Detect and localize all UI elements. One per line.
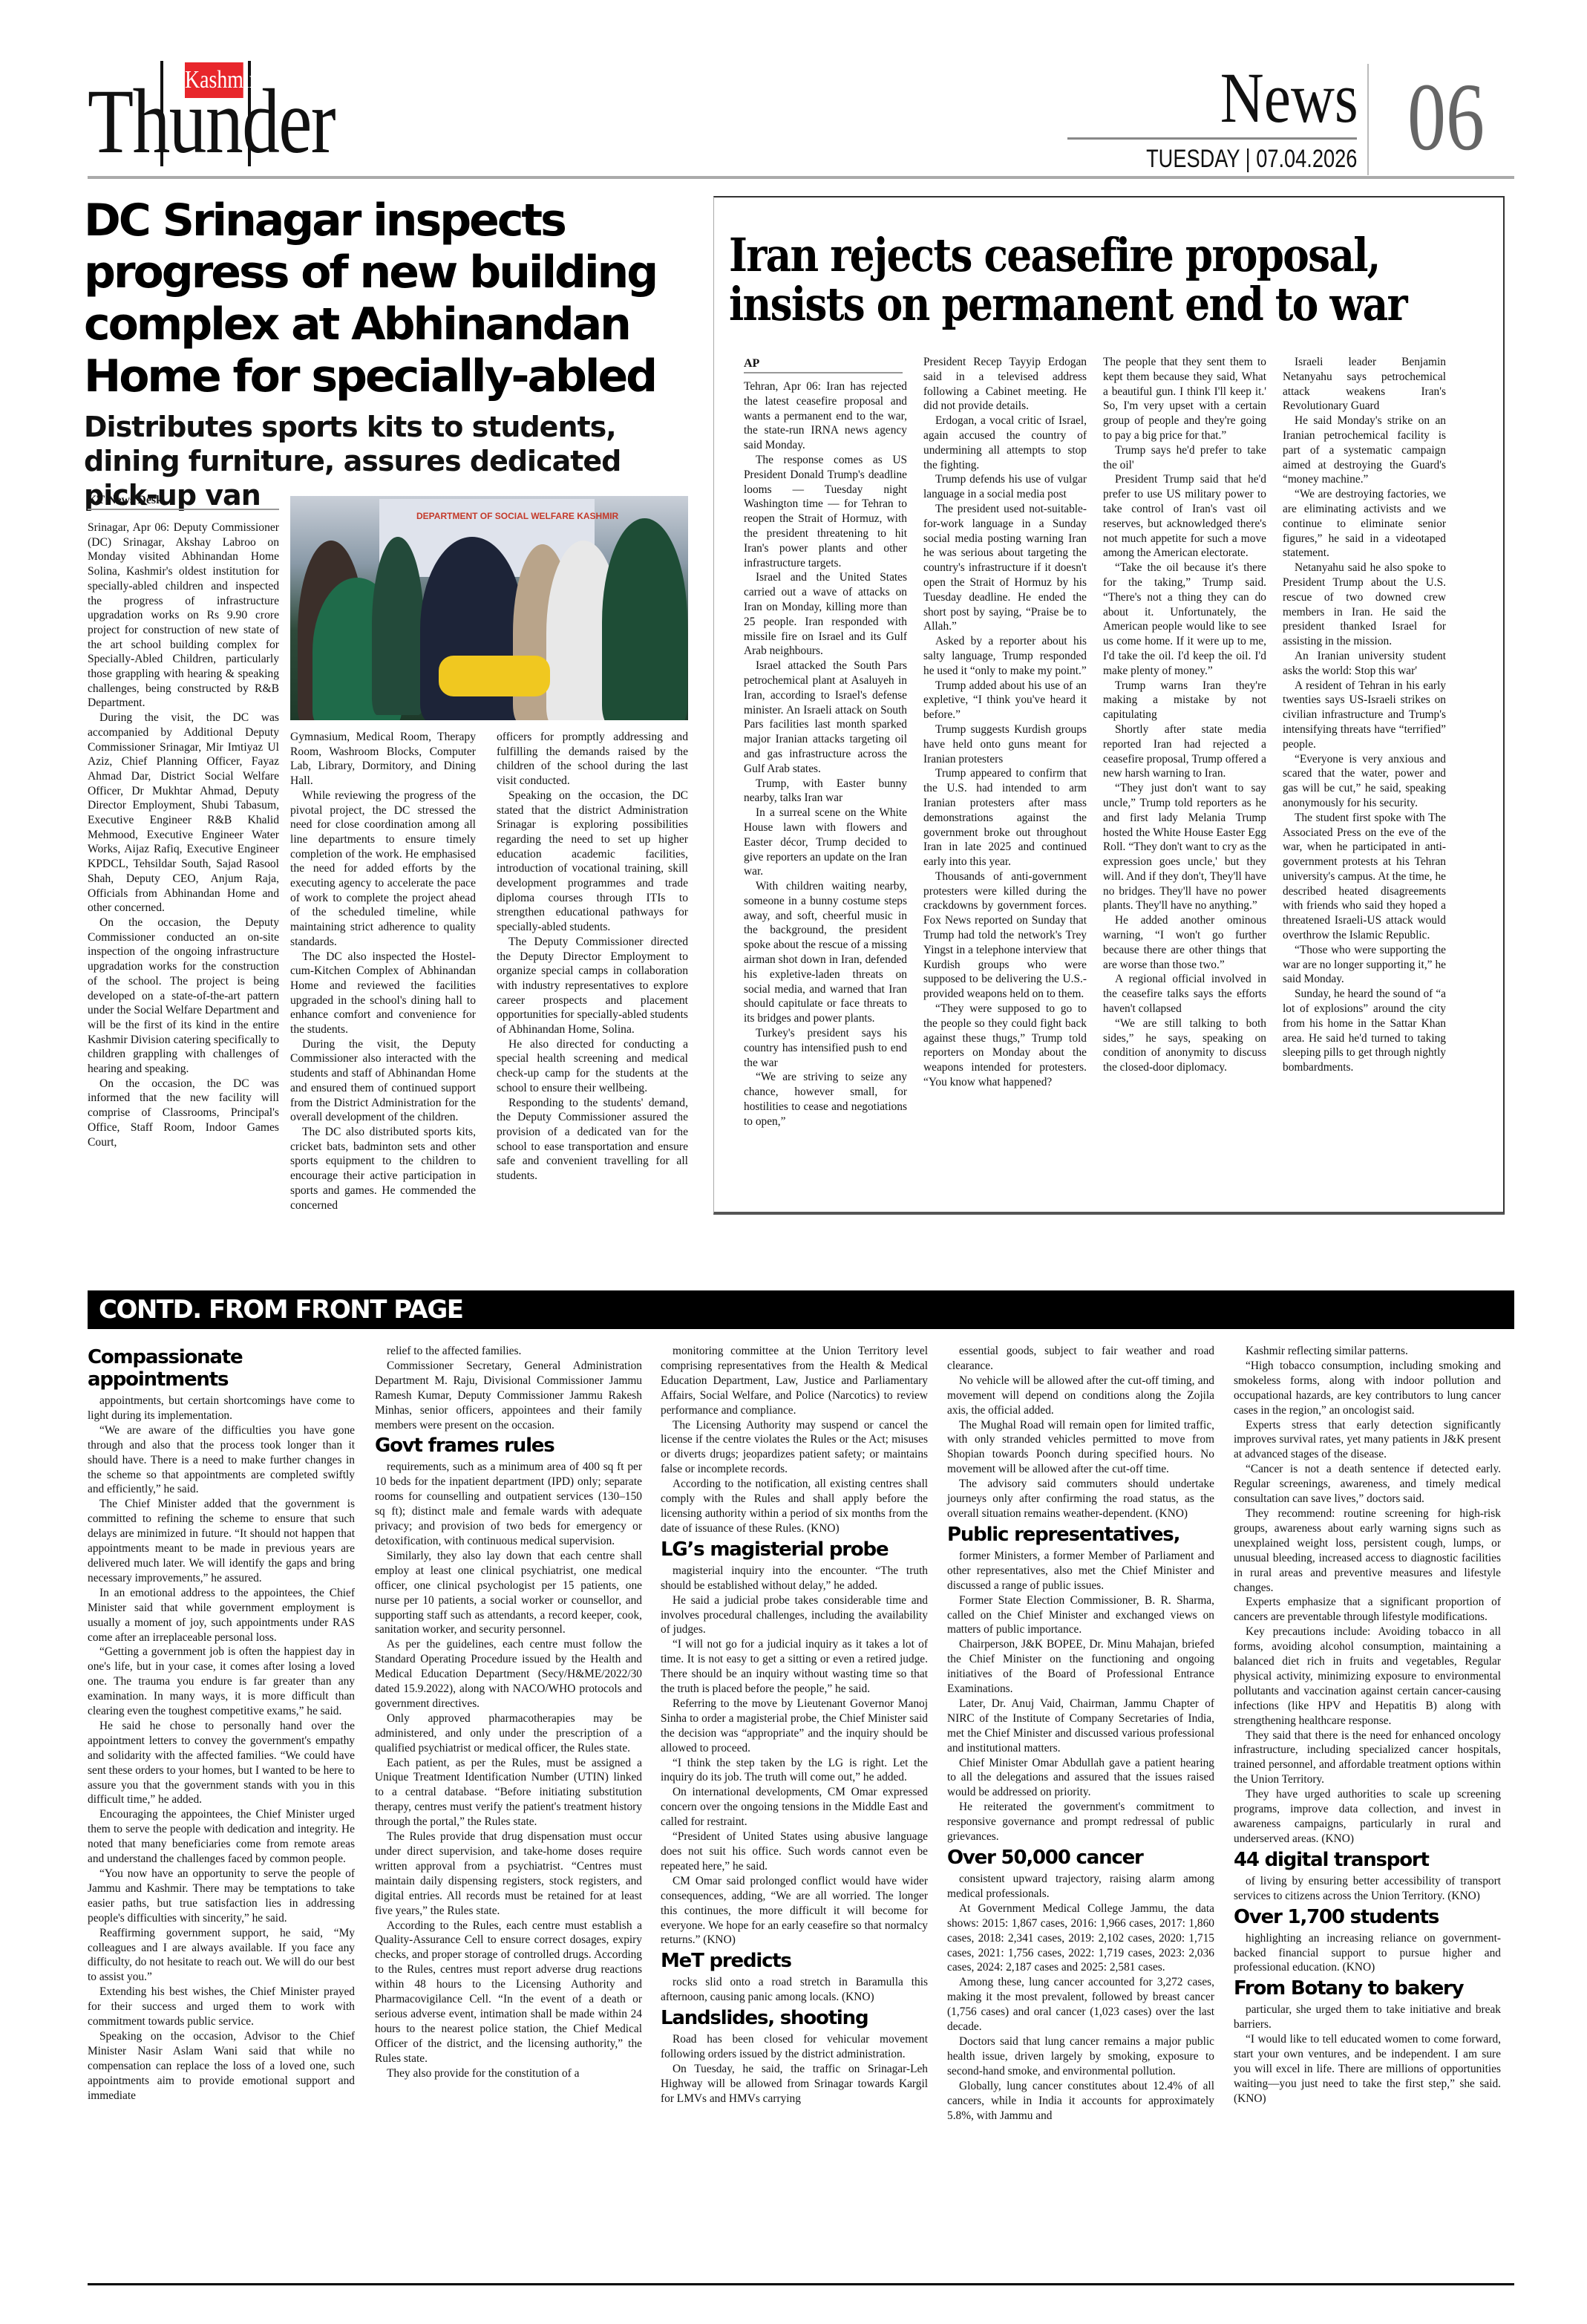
paragraph: Srinagar, Apr 06: Deputy Commissioner (D… (88, 520, 279, 711)
paragraph: In a surreal scene on the White House la… (744, 806, 907, 879)
story-column-2: Gymnasium, Medical Room, Therapy Room, W… (290, 730, 476, 1212)
contd-story-heading: Landslides, shooting (661, 2007, 928, 2029)
story-byline: KT News Desk (88, 494, 279, 510)
paragraph: “Cancer is not a death sentence if detec… (1234, 1462, 1501, 1507)
paragraph: Trump says he'd prefer to take the oil' (1103, 443, 1266, 473)
paragraph: Among these, lung cancer accounted for 3… (947, 1975, 1214, 2034)
paragraph: “I think the step taken by the LG is rig… (661, 1756, 928, 1786)
paragraph: A regional official involved in the ceas… (1103, 972, 1266, 1016)
paragraph: officers for promptly addressing and ful… (497, 730, 688, 789)
header-rule (88, 176, 1514, 179)
paragraph: Chief Minister Omar Abdullah gave a pati… (947, 1756, 1214, 1801)
paragraph: rocks slid onto a road stretch in Baramu… (661, 1975, 928, 2005)
logo-wordmark: Thunder (88, 77, 335, 166)
paragraph: Trump appeared to confirm that the U.S. … (923, 766, 1087, 869)
paragraph: Thousands of anti-government protesters … (923, 869, 1087, 1002)
contd-story-body: rocks slid onto a road stretch in Baramu… (661, 1975, 928, 2005)
paragraph: He said he chose to personally hand over… (88, 1719, 355, 1807)
paragraph: He also directed for conducting a specia… (497, 1037, 688, 1096)
paragraph: With children waiting nearby, someone in… (744, 879, 907, 1026)
story-photo: DEPARTMENT OF SOCIAL WELFARE KASHMIR (290, 496, 688, 720)
paragraph: According to the Rules, each centre must… (375, 1919, 642, 2066)
contd-story-heading: 44 digital transport (1234, 1849, 1501, 1871)
paragraph: During the visit, the DC was accompanied… (88, 711, 279, 915)
contd-story-body: highlighting an increasing reliance on g… (1234, 1931, 1501, 1976)
story-column-1: Srinagar, Apr 06: Deputy Commissioner (D… (88, 520, 279, 1149)
contd-column-5: Kashmir reflecting similar patterns.“Hig… (1234, 1344, 1501, 2106)
paragraph: Former State Election Commissioner, B. R… (947, 1593, 1214, 1638)
paragraph: magisterial inquiry into the encounter. … (661, 1564, 928, 1593)
contd-column-1: Compassionate appointmentsappointments, … (88, 1344, 355, 2103)
paragraph: “We are still talking to both sides,” he… (1103, 1016, 1266, 1075)
contd-story-heading: Compassionate appointments (88, 1346, 355, 1391)
contd-story-body: former Ministers, a former Member of Par… (947, 1549, 1214, 1844)
paragraph: CM Omar said prolonged conflict would ha… (661, 1874, 928, 1948)
paragraph: Israeli leader Benjamin Netanyahu says p… (1283, 355, 1446, 414)
photo-person (602, 518, 687, 720)
paragraph: appointments, but certain shortcomings h… (88, 1394, 355, 1423)
contd-story-heading: Govt frames rules (375, 1434, 642, 1457)
paragraph: highlighting an increasing reliance on g… (1234, 1931, 1501, 1976)
contd-story-body: appointments, but certain shortcomings h… (88, 1394, 355, 2103)
story-iran-ceasefire: Iran rejects ceasefire proposal, insists… (713, 196, 1505, 1215)
paragraph: Sunday, he heard the sound of “a lot of … (1283, 987, 1446, 1075)
paragraph: On the occasion, the DC was informed tha… (88, 1077, 279, 1150)
paragraph: “I would like to tell educated women to … (1234, 2032, 1501, 2106)
paragraph: “Everyone is very anxious and scared tha… (1283, 752, 1446, 811)
paragraph: Kashmir reflecting similar patterns. (1234, 1344, 1501, 1359)
paragraph: The Rules provide that drug dispensation… (375, 1830, 642, 1918)
contd-story-heading: LG’s magisterial probe (661, 1538, 928, 1561)
paragraph: “Those who were supporting the war are n… (1283, 943, 1446, 987)
paragraph: The student first spoke with The Associa… (1283, 811, 1446, 943)
paragraph: Shortly after state media reported Iran … (1103, 722, 1266, 781)
paragraph: Speaking on the occasion, Advisor to the… (88, 2029, 355, 2103)
paragraph: The response comes as US President Donal… (744, 453, 907, 570)
paragraph: former Ministers, a former Member of Par… (947, 1549, 1214, 1593)
contd-story-heading: Over 50,000 cancer (947, 1847, 1214, 1869)
story-column-3: officers for promptly addressing and ful… (497, 730, 688, 1184)
paragraph: Doctors said that lung cancer remains a … (947, 2034, 1214, 2079)
paragraph: While reviewing the progress of the pivo… (290, 789, 476, 950)
iran-column-2: President Recep Tayyip Erdogan said in a… (923, 355, 1087, 1090)
paragraph: They have urged authorities to scale up … (1234, 1787, 1501, 1847)
paragraph: On the occasion, the Deputy Commissioner… (88, 915, 279, 1077)
paragraph: A resident of Tehran in his early twenti… (1283, 679, 1446, 752)
story-headline: DC Srinagar inspects progress of new bui… (84, 195, 693, 402)
paragraph: During the visit, the Deputy Commissione… (290, 1037, 476, 1125)
paragraph: of living by ensuring better accessibili… (1234, 1874, 1501, 1904)
paragraph: The Chief Minister added that the govern… (88, 1497, 355, 1585)
photo-person (372, 537, 424, 715)
contd-story-body: particular, she urged them to take initi… (1234, 2003, 1501, 2106)
paragraph: Israel and the United States carried out… (744, 570, 907, 659)
paragraph: Responding to the students' demand, the … (497, 1096, 688, 1184)
contd-column-4: essential goods, subject to fair weather… (947, 1344, 1214, 2123)
contd-section-bar: CONTD. FROM FRONT PAGE (88, 1290, 1514, 1329)
paragraph: Turkey's president says his country has … (744, 1026, 907, 1070)
paragraph: particular, she urged them to take initi… (1234, 2003, 1501, 2032)
paragraph: Key precautions include: Avoiding tobacc… (1234, 1625, 1501, 1728)
paragraph: The people that they sent them to kept t… (1103, 355, 1266, 443)
paragraph: Trump warns Iran they're making a mistak… (1103, 679, 1266, 722)
paragraph: Speaking on the occasion, the DC stated … (497, 789, 688, 935)
paragraph: Netanyahu said he also spoke to Presiden… (1283, 561, 1446, 649)
paragraph: Only approved pharmacotherapies may be a… (375, 1711, 642, 1756)
paragraph: They also provide for the constitution o… (375, 2066, 642, 2081)
headline-line-2: insists on permanent end to war (729, 277, 1407, 331)
masthead: Kashmir Thunder News TUESDAY | 07.04.202… (88, 59, 1514, 178)
paragraph: According to the notification, all exist… (661, 1477, 928, 1536)
contd-story-body: essential goods, subject to fair weather… (947, 1344, 1214, 1521)
paragraph: Encouraging the appointees, the Chief Mi… (88, 1807, 355, 1867)
paragraph: No vehicle will be allowed after the cut… (947, 1374, 1214, 1418)
paragraph: Referring to the move by Lieutenant Gove… (661, 1697, 928, 1756)
paragraph: Erdogan, a vocal critic of Israel, again… (923, 414, 1087, 472)
paragraph: Israel attacked the South Pars petrochem… (744, 659, 907, 776)
paragraph: “We are aware of the difficulties you ha… (88, 1423, 355, 1498)
contd-section-label: CONTD. FROM FRONT PAGE (99, 1295, 463, 1325)
contd-column-3: monitoring committee at the Union Territ… (661, 1344, 928, 2106)
paragraph: Experts stress that early detection sign… (1234, 1418, 1501, 1463)
paragraph: They recommend: routine screening for hi… (1234, 1507, 1501, 1595)
page-number: 06 (1407, 68, 1485, 166)
iran-column-4: Israeli leader Benjamin Netanyahu says p… (1283, 355, 1446, 1075)
issue-date: TUESDAY | 07.04.2026 (1146, 144, 1357, 174)
paragraph: “We are striving to seize any chance, ho… (744, 1070, 907, 1129)
contd-story-body: Kashmir reflecting similar patterns.“Hig… (1234, 1344, 1501, 1847)
paragraph: At Government Medical College Jammu, the… (947, 1902, 1214, 1976)
paragraph: Chairperson, J&K BOPEE, Dr. Minu Mahajan… (947, 1637, 1214, 1697)
contd-story-body: of living by ensuring better accessibili… (1234, 1874, 1501, 1904)
paragraph: An Iranian university student asks the w… (1283, 649, 1446, 679)
iran-column-1: Tehran, Apr 06: Iran has rejected the la… (744, 379, 907, 1129)
paragraph: “I will not go for a judicial inquiry as… (661, 1637, 928, 1697)
contd-column-2: relief to the affected families.Commissi… (375, 1344, 642, 2081)
paragraph: “They were supposed to go to the people … (923, 1002, 1087, 1090)
paragraph: Reaffirming government support, he said,… (88, 1926, 355, 1985)
paragraph: The Mughal Road will remain open for lim… (947, 1418, 1214, 1478)
paragraph: Globally, lung cancer constitutes about … (947, 2079, 1214, 2124)
iran-headline: Iran rejects ceasefire proposal, insists… (729, 231, 1407, 329)
paragraph: On Tuesday, he said, the traffic on Srin… (661, 2062, 928, 2106)
paragraph: He reiterated the government's commitmen… (947, 1800, 1214, 1844)
masthead-rule (1067, 137, 1357, 140)
paragraph: They said that there is the need for enh… (1234, 1729, 1501, 1788)
page-number-divider (1367, 64, 1369, 175)
paragraph: The Deputy Commissioner directed the Dep… (497, 935, 688, 1037)
paragraph: Tehran, Apr 06: Iran has rejected the la… (744, 379, 907, 453)
paragraph: “You now have an opportunity to serve th… (88, 1867, 355, 1926)
paragraph: The advisory said commuters should under… (947, 1477, 1214, 1521)
contd-story-heading: MeT predicts (661, 1950, 928, 1972)
paragraph: The Licensing Authority may suspend or c… (661, 1418, 928, 1478)
paragraph: requirements, such as a minimum area of … (375, 1460, 642, 1548)
contd-story-body: Road has been closed for vehicular movem… (661, 2032, 928, 2106)
iran-column-3: The people that they sent them to kept t… (1103, 355, 1266, 1075)
paragraph: consistent upward trajectory, raising al… (947, 1872, 1214, 1902)
section-title: News (1220, 62, 1358, 134)
paragraph: monitoring committee at the Union Territ… (661, 1344, 928, 1418)
contd-story-body: magisterial inquiry into the encounter. … (661, 1564, 928, 1948)
photo-banner-text: DEPARTMENT OF SOCIAL WELFARE KASHMIR (416, 511, 618, 521)
paragraph: “We are destroying factories, we are eli… (1283, 487, 1446, 561)
contd-story-heading: Public representatives, (947, 1524, 1214, 1546)
paragraph: Each patient, as per the Rules, must be … (375, 1756, 642, 1830)
paragraph: “Take the oil because it's there for the… (1103, 561, 1266, 678)
paragraph: Trump added about his use of an expletiv… (923, 679, 1087, 722)
paragraph: President Trump said that he'd prefer to… (1103, 472, 1266, 561)
sports-kit (439, 656, 550, 696)
paragraph: The DC also inspected the Hostel-cum-Kit… (290, 950, 476, 1037)
paragraph: He said a judicial probe takes considera… (661, 1593, 928, 1638)
paragraph: On international developments, CM Omar e… (661, 1785, 928, 1830)
paragraph: He added another ominous warning, “I won… (1103, 913, 1266, 972)
paragraph: “They just don't want to say uncle,” Tru… (1103, 781, 1266, 913)
paragraph: Gymnasium, Medical Room, Therapy Room, W… (290, 730, 476, 789)
paragraph: relief to the affected families. (375, 1344, 642, 1359)
contd-story-body: relief to the affected families.Commissi… (375, 1344, 642, 1432)
contd-story-body: consistent upward trajectory, raising al… (947, 1872, 1214, 2123)
paragraph: Trump, with Easter bunny nearby, talks I… (744, 777, 907, 806)
contd-story-body: monitoring committee at the Union Territ… (661, 1344, 928, 1536)
paragraph: He said Monday's strike on an Iranian pe… (1283, 414, 1446, 487)
paragraph: Commissioner Secretary, General Administ… (375, 1359, 642, 1433)
paragraph: Road has been closed for vehicular movem… (661, 2032, 928, 2062)
paragraph: Extending his best wishes, the Chief Min… (88, 1985, 355, 2029)
paragraph: essential goods, subject to fair weather… (947, 1344, 1214, 1374)
contd-story-heading: From Botany to bakery (1234, 1977, 1501, 2000)
paragraph: The DC also distributed sports kits, cri… (290, 1125, 476, 1212)
paragraph: Experts emphasize that a significant pro… (1234, 1595, 1501, 1625)
paragraph: “High tobacco consumption, including smo… (1234, 1359, 1501, 1418)
paragraph: Asked by a reporter about his salty lang… (923, 634, 1087, 678)
paragraph: “President of United States using abusiv… (661, 1830, 928, 1874)
paragraph: Later, Dr. Anuj Vaid, Chairman, Jammu Ch… (947, 1697, 1214, 1756)
iran-byline: AP (744, 357, 903, 373)
paragraph: Similarly, they also lay down that each … (375, 1549, 642, 1637)
contd-story-body: requirements, such as a minimum area of … (375, 1460, 642, 2080)
paragraph: The president used not-suitable-for-work… (923, 502, 1087, 634)
contd-story-heading: Over 1,700 students (1234, 1906, 1501, 1928)
paragraph: As per the guidelines, each centre must … (375, 1637, 642, 1711)
paragraph: Trump defends his use of vulgar language… (923, 472, 1087, 502)
paragraph: In an emotional address to the appointee… (88, 1586, 355, 1645)
bottom-rule (88, 2283, 1514, 2285)
paragraph: “Getting a government job is often the h… (88, 1645, 355, 1719)
paragraph: Trump suggests Kurdish groups have held … (923, 722, 1087, 766)
paragraph: President Recep Tayyip Erdogan said in a… (923, 355, 1087, 414)
headline-line-1: Iran rejects ceasefire proposal, (729, 228, 1380, 282)
